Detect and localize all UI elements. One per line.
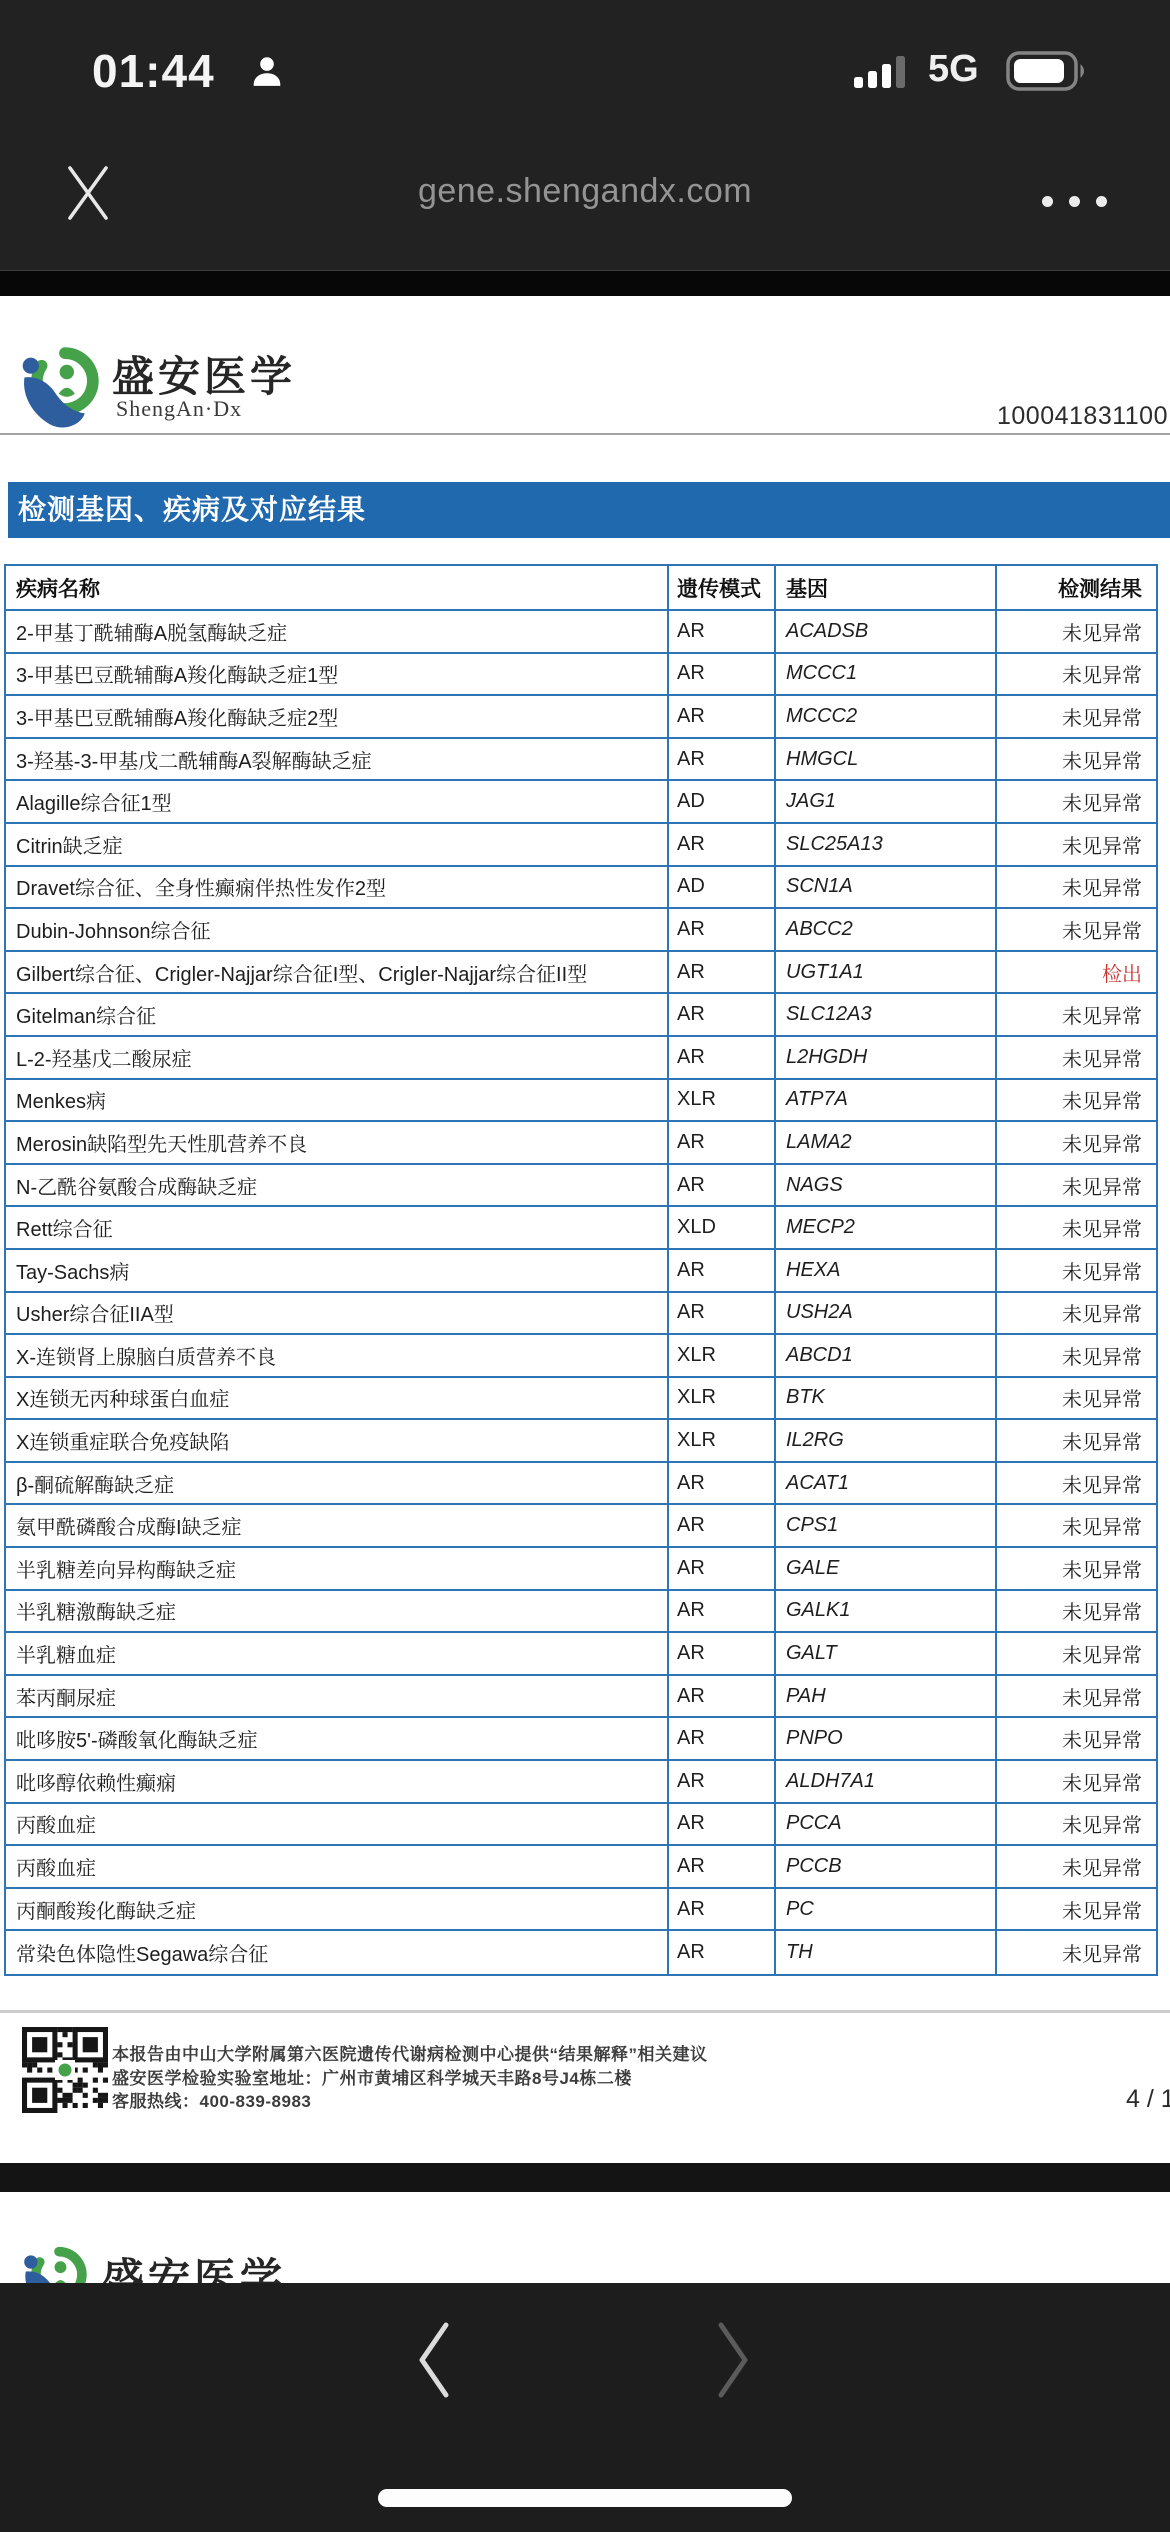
mode-cell: XLR bbox=[669, 1420, 776, 1461]
gene-cell: GALK1 bbox=[776, 1591, 997, 1632]
chevron-right-icon[interactable] bbox=[710, 2320, 754, 2400]
table-row: Gilbert综合征、Crigler-Najjar综合征I型、Crigler-N… bbox=[6, 952, 1156, 995]
mode-cell: AR bbox=[669, 1676, 776, 1717]
table-row: L-2-羟基戊二酸尿症 AR L2HGDH 未见异常 bbox=[6, 1037, 1156, 1080]
result-cell: 未见异常 bbox=[997, 1250, 1156, 1291]
mode-cell: AR bbox=[669, 611, 776, 652]
gene-cell: ABCD1 bbox=[776, 1335, 997, 1376]
table-row: 常染色体隐性Segawa综合征 AR TH 未见异常 bbox=[6, 1931, 1156, 1974]
gene-cell: IL2RG bbox=[776, 1420, 997, 1461]
page-break-bar bbox=[0, 2163, 1170, 2192]
chevron-left-icon[interactable] bbox=[413, 2320, 457, 2400]
disease-cell: 常染色体隐性Segawa综合征 bbox=[6, 1931, 669, 1974]
mode-cell: AD bbox=[669, 781, 776, 822]
disease-cell: X连锁无丙种球蛋白血症 bbox=[6, 1378, 669, 1419]
disease-cell: X连锁重症联合免疫缺陷 bbox=[6, 1420, 669, 1461]
result-cell: 未见异常 bbox=[997, 1633, 1156, 1674]
mode-cell: XLD bbox=[669, 1207, 776, 1248]
battery-icon bbox=[1006, 50, 1092, 97]
page-indicator: 4 / 1 bbox=[1126, 2085, 1170, 2114]
disease-cell: Gitelman综合征 bbox=[6, 994, 669, 1035]
table-row: 3-甲基巴豆酰辅酶A羧化酶缺乏症1型 AR MCCC1 未见异常 bbox=[6, 654, 1156, 697]
clock: 01:44 bbox=[92, 44, 215, 98]
header-gene: 基因 bbox=[776, 566, 997, 609]
browser-chrome: 01:44 5G gene.shengandx.com bbox=[0, 0, 1170, 270]
gene-cell: ACAT1 bbox=[776, 1463, 997, 1504]
gene-cell: PAH bbox=[776, 1676, 997, 1717]
table-row: 吡哆胺5'-磷酸氧化酶缺乏症 AR PNPO 未见异常 bbox=[6, 1718, 1156, 1761]
qr-code bbox=[22, 2027, 108, 2113]
mode-cell: AR bbox=[669, 1761, 776, 1802]
mode-cell: AD bbox=[669, 867, 776, 908]
table-row: β-酮硫解酶缺乏症 AR ACAT1 未见异常 bbox=[6, 1463, 1156, 1506]
gene-cell: PC bbox=[776, 1889, 997, 1930]
mode-cell: AR bbox=[669, 1037, 776, 1078]
disease-cell: 3-甲基巴豆酰辅酶A羧化酶缺乏症1型 bbox=[6, 654, 669, 695]
gene-cell: PNPO bbox=[776, 1718, 997, 1759]
mode-cell: XLR bbox=[669, 1080, 776, 1121]
table-row: Merosin缺陷型先天性肌营养不良 AR LAMA2 未见异常 bbox=[6, 1122, 1156, 1165]
result-cell: 未见异常 bbox=[997, 909, 1156, 950]
table-row: X连锁无丙种球蛋白血症 XLR BTK 未见异常 bbox=[6, 1378, 1156, 1421]
mode-cell: AR bbox=[669, 824, 776, 865]
disease-cell: Gilbert综合征、Crigler-Najjar综合征I型、Crigler-N… bbox=[6, 952, 669, 993]
result-cell: 未见异常 bbox=[997, 739, 1156, 780]
result-cell: 未见异常 bbox=[997, 1676, 1156, 1717]
footer-line: 客服热线：400-839-8983 bbox=[112, 2090, 708, 2114]
result-cell: 未见异常 bbox=[997, 654, 1156, 695]
table-row: 苯丙酮尿症 AR PAH 未见异常 bbox=[6, 1676, 1156, 1719]
url-field[interactable]: gene.shengandx.com bbox=[0, 172, 1170, 211]
header-divider bbox=[0, 433, 1170, 435]
network-label: 5G bbox=[928, 48, 979, 91]
gene-cell: MCCC2 bbox=[776, 696, 997, 737]
disease-cell: β-酮硫解酶缺乏症 bbox=[6, 1463, 669, 1504]
table-row: 丙酸血症 AR PCCA 未见异常 bbox=[6, 1804, 1156, 1847]
result-cell: 未见异常 bbox=[997, 1761, 1156, 1802]
report-page: 盛安医学 ShengAn·Dx 100041831100 检测基因、疾病及对应结… bbox=[0, 296, 1170, 2163]
disease-cell: 吡哆胺5'-磷酸氧化酶缺乏症 bbox=[6, 1718, 669, 1759]
table-row: N-乙酰谷氨酸合成酶缺乏症 AR NAGS 未见异常 bbox=[6, 1165, 1156, 1208]
gene-cell: TH bbox=[776, 1931, 997, 1974]
table-row: Dubin-Johnson综合征 AR ABCC2 未见异常 bbox=[6, 909, 1156, 952]
table-row: Menkes病 XLR ATP7A 未见异常 bbox=[6, 1080, 1156, 1123]
table-row: 丙酮酸羧化酶缺乏症 AR PC 未见异常 bbox=[6, 1889, 1156, 1932]
brand-name-cn: 盛安医学 bbox=[102, 2246, 286, 2283]
person-icon bbox=[248, 52, 286, 95]
mode-cell: XLR bbox=[669, 1378, 776, 1419]
mode-cell: AR bbox=[669, 1165, 776, 1206]
gene-cell: UGT1A1 bbox=[776, 952, 997, 993]
result-cell: 未见异常 bbox=[997, 611, 1156, 652]
disease-cell: 苯丙酮尿症 bbox=[6, 1676, 669, 1717]
gene-cell: GALE bbox=[776, 1548, 997, 1589]
disease-cell: 氨甲酰磷酸合成酶I缺乏症 bbox=[6, 1505, 669, 1546]
results-table: 疾病名称 遗传模式 基因 检测结果 2-甲基丁酰辅酶A脱氢酶缺乏症 AR ACA… bbox=[4, 564, 1158, 1976]
gene-cell: ALDH7A1 bbox=[776, 1761, 997, 1802]
disease-cell: 半乳糖血症 bbox=[6, 1633, 669, 1674]
header-result: 检测结果 bbox=[997, 566, 1156, 609]
table-row: 3-甲基巴豆酰辅酶A羧化酶缺乏症2型 AR MCCC2 未见异常 bbox=[6, 696, 1156, 739]
result-cell: 未见异常 bbox=[997, 1165, 1156, 1206]
mode-cell: AR bbox=[669, 1633, 776, 1674]
gene-cell: HMGCL bbox=[776, 739, 997, 780]
table-row: 3-羟基-3-甲基戊二酰辅酶A裂解酶缺乏症 AR HMGCL 未见异常 bbox=[6, 739, 1156, 782]
result-cell: 未见异常 bbox=[997, 1804, 1156, 1845]
disease-cell: 丙酮酸羧化酶缺乏症 bbox=[6, 1889, 669, 1930]
mode-cell: AR bbox=[669, 1122, 776, 1163]
mode-cell: AR bbox=[669, 739, 776, 780]
table-rows: 2-甲基丁酰辅酶A脱氢酶缺乏症 AR ACADSB 未见异常 3-甲基巴豆酰辅酶… bbox=[6, 611, 1156, 1974]
result-cell: 未见异常 bbox=[997, 1505, 1156, 1546]
footer-divider bbox=[0, 2010, 1170, 2013]
disease-cell: Menkes病 bbox=[6, 1080, 669, 1121]
disease-cell: Merosin缺陷型先天性肌营养不良 bbox=[6, 1122, 669, 1163]
result-cell: 未见异常 bbox=[997, 1931, 1156, 1974]
gene-cell: CPS1 bbox=[776, 1505, 997, 1546]
mode-cell: AR bbox=[669, 654, 776, 695]
disease-cell: Rett综合征 bbox=[6, 1207, 669, 1248]
gene-cell: LAMA2 bbox=[776, 1122, 997, 1163]
mode-cell: AR bbox=[669, 1804, 776, 1845]
disease-cell: X-连锁肾上腺脑白质营养不良 bbox=[6, 1335, 669, 1376]
mode-cell: AR bbox=[669, 1846, 776, 1887]
brand-logo-icon bbox=[20, 342, 110, 438]
result-cell: 未见异常 bbox=[997, 1080, 1156, 1121]
result-cell: 未见异常 bbox=[997, 1293, 1156, 1334]
mode-cell: AR bbox=[669, 1505, 776, 1546]
footer-text: 本报告由中山大学附属第六医院遗传代谢病检测中心提供“结果解释”相关建议 盛安医学… bbox=[112, 2043, 708, 2114]
disease-cell: 吡哆醇依赖性癫痫 bbox=[6, 1761, 669, 1802]
result-cell: 未见异常 bbox=[997, 994, 1156, 1035]
gene-cell: BTK bbox=[776, 1378, 997, 1419]
table-row: Gitelman综合征 AR SLC12A3 未见异常 bbox=[6, 994, 1156, 1037]
table-row: 半乳糖差向异构酶缺乏症 AR GALE 未见异常 bbox=[6, 1548, 1156, 1591]
mode-cell: AR bbox=[669, 1463, 776, 1504]
brand-name-cn: 盛安医学 bbox=[112, 344, 296, 404]
result-cell: 未见异常 bbox=[997, 1122, 1156, 1163]
disease-cell: Dubin-Johnson综合征 bbox=[6, 909, 669, 950]
brand-name-en: ShengAn·Dx bbox=[116, 396, 242, 422]
mode-cell: AR bbox=[669, 1931, 776, 1974]
mode-cell: AR bbox=[669, 909, 776, 950]
gene-cell: SLC12A3 bbox=[776, 994, 997, 1035]
mode-cell: XLR bbox=[669, 1335, 776, 1376]
mode-cell: AR bbox=[669, 1889, 776, 1930]
disease-cell: 半乳糖差向异构酶缺乏症 bbox=[6, 1548, 669, 1589]
gene-cell: ABCC2 bbox=[776, 909, 997, 950]
table-row: Dravet综合征、全身性癫痫伴热性发作2型 AD SCN1A 未见异常 bbox=[6, 867, 1156, 910]
table-row: X-连锁肾上腺脑白质营养不良 XLR ABCD1 未见异常 bbox=[6, 1335, 1156, 1378]
table-row: X连锁重症联合免疫缺陷 XLR IL2RG 未见异常 bbox=[6, 1420, 1156, 1463]
table-header-row: 疾病名称 遗传模式 基因 检测结果 bbox=[6, 566, 1156, 611]
table-row: Rett综合征 XLD MECP2 未见异常 bbox=[6, 1207, 1156, 1250]
gene-cell: SLC25A13 bbox=[776, 824, 997, 865]
disease-cell: 3-甲基巴豆酰辅酶A羧化酶缺乏症2型 bbox=[6, 696, 669, 737]
table-row: 氨甲酰磷酸合成酶I缺乏症 AR CPS1 未见异常 bbox=[6, 1505, 1156, 1548]
gene-cell: ATP7A bbox=[776, 1080, 997, 1121]
disease-cell: 半乳糖激酶缺乏症 bbox=[6, 1591, 669, 1632]
header-mode: 遗传模式 bbox=[669, 566, 776, 609]
disease-cell: N-乙酰谷氨酸合成酶缺乏症 bbox=[6, 1165, 669, 1206]
gene-cell: MECP2 bbox=[776, 1207, 997, 1248]
footer-line: 本报告由中山大学附属第六医院遗传代谢病检测中心提供“结果解释”相关建议 bbox=[112, 2043, 708, 2067]
gene-cell: PCCB bbox=[776, 1846, 997, 1887]
gene-cell: PCCA bbox=[776, 1804, 997, 1845]
section-title-bar: 检测基因、疾病及对应结果 bbox=[8, 482, 1170, 538]
result-cell: 未见异常 bbox=[997, 1335, 1156, 1376]
table-row: Usher综合征IIA型 AR USH2A 未见异常 bbox=[6, 1293, 1156, 1336]
table-row: Citrin缺乏症 AR SLC25A13 未见异常 bbox=[6, 824, 1156, 867]
result-cell: 未见异常 bbox=[997, 1889, 1156, 1930]
home-indicator[interactable] bbox=[378, 2489, 792, 2507]
chrome-page-divider bbox=[0, 270, 1170, 296]
mode-cell: AR bbox=[669, 1718, 776, 1759]
bottom-nav-bar bbox=[0, 2283, 1170, 2532]
result-cell: 未见异常 bbox=[997, 1463, 1156, 1504]
table-row: 丙酸血症 AR PCCB 未见异常 bbox=[6, 1846, 1156, 1889]
table-row: 2-甲基丁酰辅酶A脱氢酶缺乏症 AR ACADSB 未见异常 bbox=[6, 611, 1156, 654]
disease-cell: Tay-Sachs病 bbox=[6, 1250, 669, 1291]
result-cell: 未见异常 bbox=[997, 1548, 1156, 1589]
gene-cell: JAG1 bbox=[776, 781, 997, 822]
table-row: 半乳糖激酶缺乏症 AR GALK1 未见异常 bbox=[6, 1591, 1156, 1634]
disease-cell: Citrin缺乏症 bbox=[6, 824, 669, 865]
disease-cell: 丙酸血症 bbox=[6, 1804, 669, 1845]
phone-screen: 01:44 5G gene.shengandx.com bbox=[0, 0, 1170, 2532]
mode-cell: AR bbox=[669, 1591, 776, 1632]
disease-cell: 3-羟基-3-甲基戊二酰辅酶A裂解酶缺乏症 bbox=[6, 739, 669, 780]
result-cell: 检出 bbox=[997, 952, 1156, 993]
gene-cell: L2HGDH bbox=[776, 1037, 997, 1078]
next-page-strip: 盛安医学 bbox=[0, 2192, 1170, 2283]
result-cell: 未见异常 bbox=[997, 1718, 1156, 1759]
section-title: 检测基因、疾病及对应结果 bbox=[8, 482, 1170, 538]
disease-cell: Alagille综合征1型 bbox=[6, 781, 669, 822]
header-disease: 疾病名称 bbox=[6, 566, 669, 609]
mode-cell: AR bbox=[669, 994, 776, 1035]
gene-cell: NAGS bbox=[776, 1165, 997, 1206]
gene-cell: ACADSB bbox=[776, 611, 997, 652]
disease-cell: Usher综合征IIA型 bbox=[6, 1293, 669, 1334]
gene-cell: USH2A bbox=[776, 1293, 997, 1334]
table-row: 半乳糖血症 AR GALT 未见异常 bbox=[6, 1633, 1156, 1676]
table-row: 吡哆醇依赖性癫痫 AR ALDH7A1 未见异常 bbox=[6, 1761, 1156, 1804]
footer-line: 盛安医学检验实验室地址：广州市黄埔区科学城天丰路8号J4栋二楼 bbox=[112, 2067, 708, 2091]
result-cell: 未见异常 bbox=[997, 1378, 1156, 1419]
gene-cell: MCCC1 bbox=[776, 654, 997, 695]
result-cell: 未见异常 bbox=[997, 1591, 1156, 1632]
mode-cell: AR bbox=[669, 1250, 776, 1291]
result-cell: 未见异常 bbox=[997, 781, 1156, 822]
disease-cell: 丙酸血症 bbox=[6, 1846, 669, 1887]
mode-cell: AR bbox=[669, 952, 776, 993]
disease-cell: 2-甲基丁酰辅酶A脱氢酶缺乏症 bbox=[6, 611, 669, 652]
gene-cell: GALT bbox=[776, 1633, 997, 1674]
signal-icon bbox=[854, 56, 905, 88]
brand-logo-icon bbox=[22, 2242, 96, 2283]
result-cell: 未见异常 bbox=[997, 696, 1156, 737]
mode-cell: AR bbox=[669, 1293, 776, 1334]
result-cell: 未见异常 bbox=[997, 1846, 1156, 1887]
ellipsis-icon[interactable] bbox=[1042, 196, 1107, 207]
gene-cell: HEXA bbox=[776, 1250, 997, 1291]
gene-cell: SCN1A bbox=[776, 867, 997, 908]
disease-cell: L-2-羟基戊二酸尿症 bbox=[6, 1037, 669, 1078]
result-cell: 未见异常 bbox=[997, 824, 1156, 865]
result-cell: 未见异常 bbox=[997, 1207, 1156, 1248]
result-cell: 未见异常 bbox=[997, 1037, 1156, 1078]
disease-cell: Dravet综合征、全身性癫痫伴热性发作2型 bbox=[6, 867, 669, 908]
mode-cell: AR bbox=[669, 696, 776, 737]
result-cell: 未见异常 bbox=[997, 1420, 1156, 1461]
table-row: Tay-Sachs病 AR HEXA 未见异常 bbox=[6, 1250, 1156, 1293]
report-serial-number: 100041831100 bbox=[997, 402, 1168, 431]
table-row: Alagille综合征1型 AD JAG1 未见异常 bbox=[6, 781, 1156, 824]
result-cell: 未见异常 bbox=[997, 867, 1156, 908]
mode-cell: AR bbox=[669, 1548, 776, 1589]
